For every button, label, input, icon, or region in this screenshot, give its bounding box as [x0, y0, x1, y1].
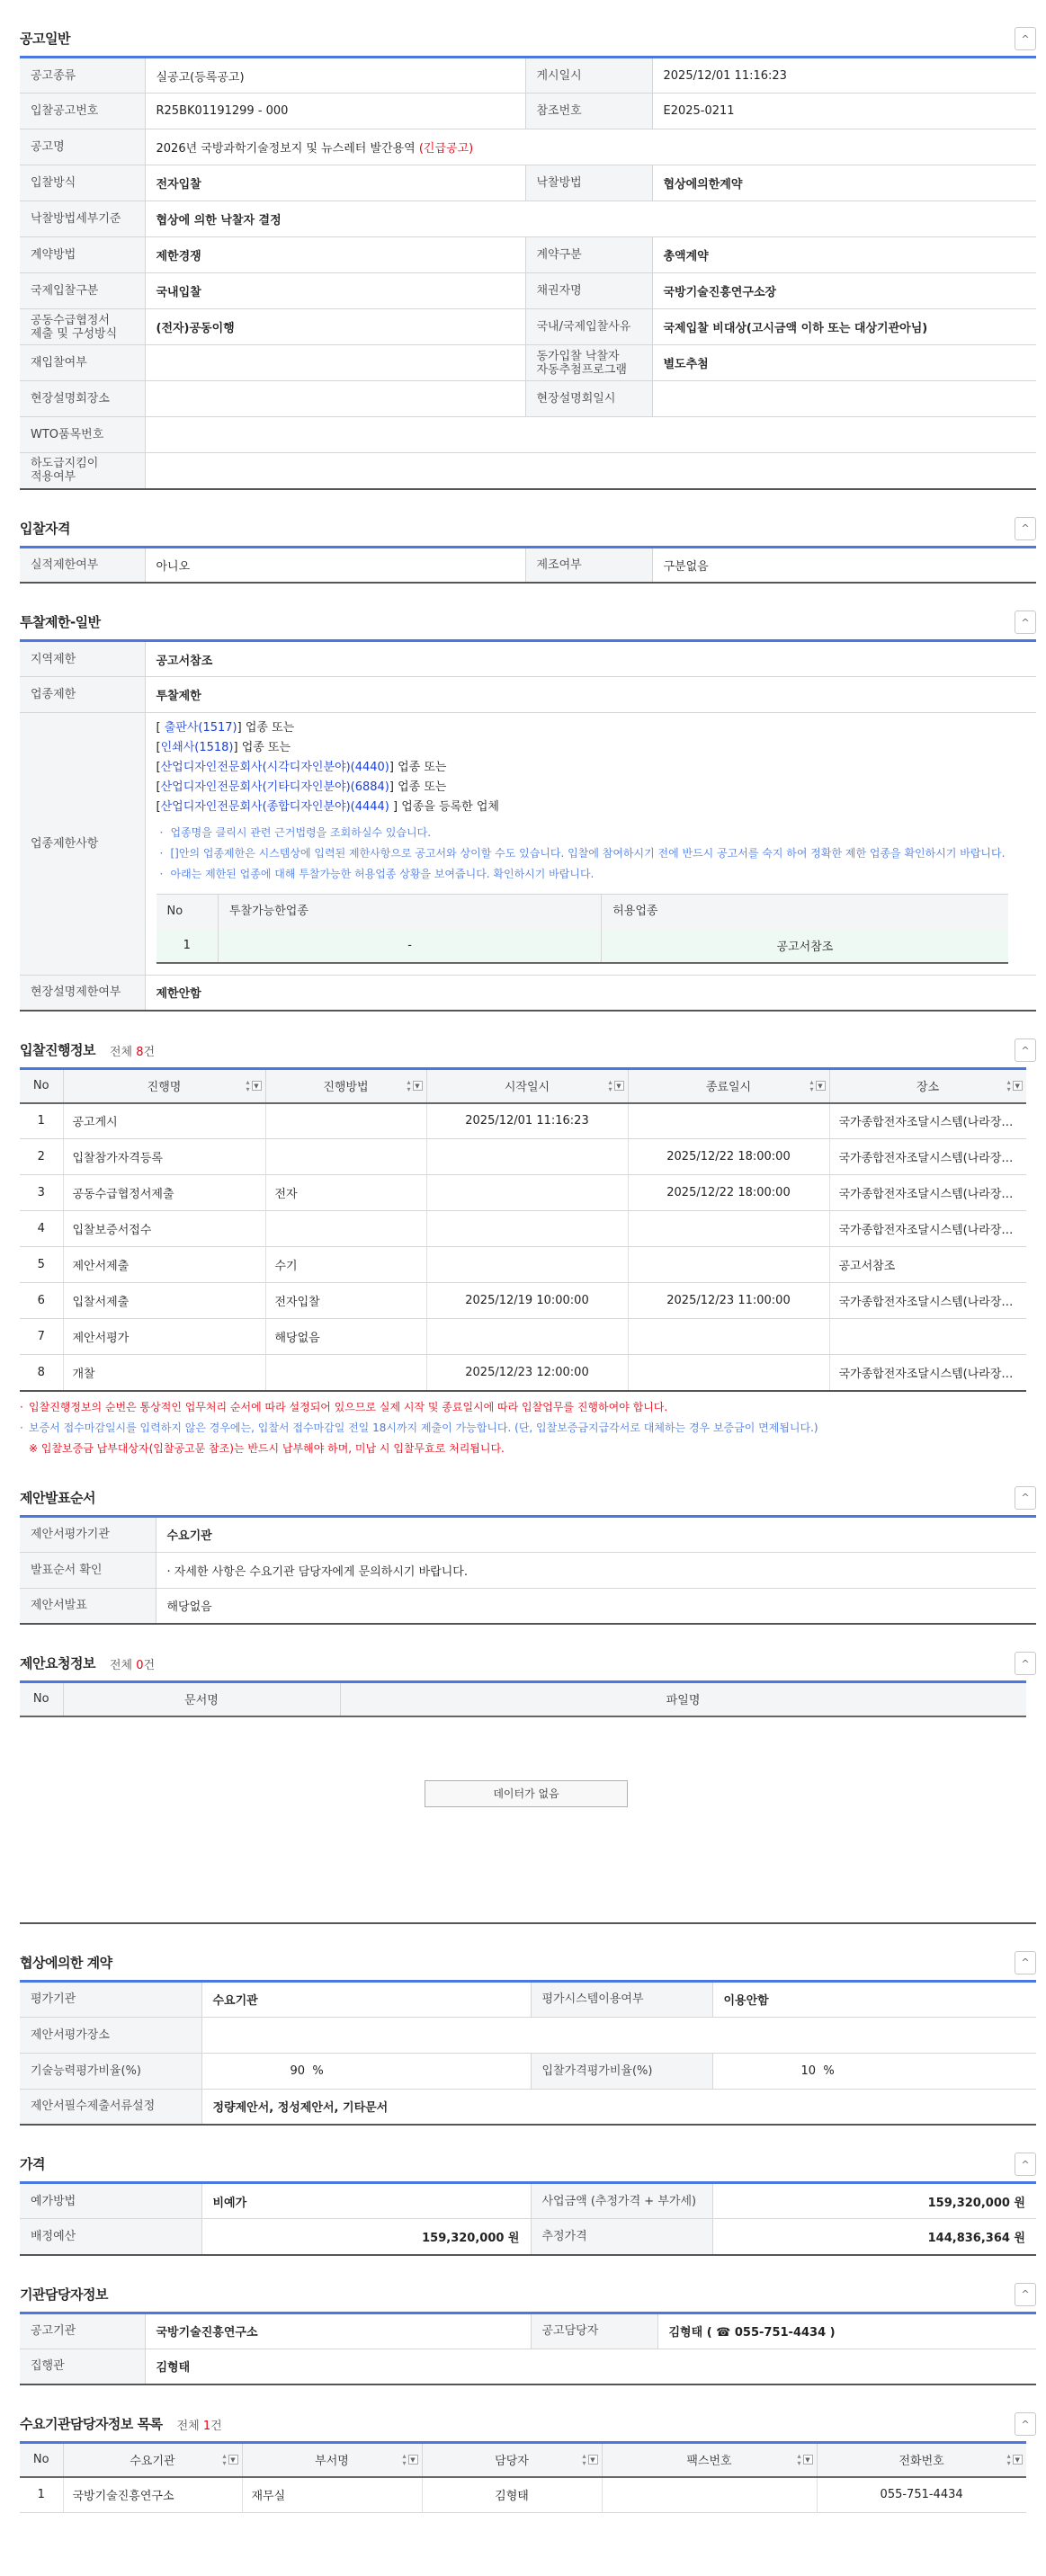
sort-icon[interactable]: ▴▾: [246, 1079, 249, 1093]
table-cell: 개찰: [63, 1355, 265, 1391]
collapse-button[interactable]: ^: [1015, 2153, 1036, 2176]
value-site-limit: 제한안함: [145, 975, 1036, 1011]
table-cell: 제안서제출: [63, 1247, 265, 1283]
section-restriction: 투찰제한-일반 ^ 지역제한 공고서참조 업종제한 투찰제한 업종제한사항 [ …: [20, 584, 1036, 1012]
label-site-limit: 현장설명제한여부: [20, 975, 145, 1011]
industry-code-line: [ 출판사(1517)] 업종 또는: [156, 718, 1026, 738]
table-cell: 1: [156, 929, 219, 963]
field-value: 실공고(등록공고): [145, 58, 525, 94]
table-cell: 3: [20, 1175, 63, 1211]
field-value: [652, 381, 1036, 417]
table-cell: 전자입찰: [265, 1283, 426, 1319]
field-label: 공고종류: [20, 58, 145, 94]
sort-controls[interactable]: ▴▾▼: [407, 1079, 422, 1093]
sort-icon[interactable]: ▴▾: [809, 1079, 813, 1093]
table-cell: 8: [20, 1355, 63, 1391]
section-price: 가격 ^ 예가방법 비예가 사업금액 (추정가격 + 부가세) 159,320,…: [20, 2126, 1036, 2256]
field-label: 국내/국제입찰사유: [525, 309, 652, 345]
demand-table: No수요기관▴▾▼부서명▴▾▼담당자▴▾▼팩스번호▴▾▼전화번호▴▾▼ 1국방기…: [20, 2441, 1026, 2513]
industry-code-link[interactable]: 산업디자인전문회사(기타디자인분야)(6884): [161, 780, 389, 794]
label-manager: 공고담당자: [531, 2313, 657, 2349]
section-title: 수요기관담당자정보 목록: [20, 2414, 163, 2433]
table-cell: [426, 1175, 628, 1211]
field-value: E2025-0211: [652, 94, 1036, 129]
field-label: 낙찰방법세부기준: [20, 201, 145, 237]
section-title: 입찰자격: [20, 519, 70, 538]
field-value: 국제입찰 비대상(고시금액 이하 또는 대상기관아님): [652, 309, 1036, 345]
label-industry-detail: 업종제한사항: [20, 713, 145, 976]
note-guarantee: 보증서 접수마감일시를 입력하지 않은 경우에는, 입찰서 접수마감일 전일 1…: [20, 1418, 1036, 1439]
sort-controls[interactable]: ▴▾▼: [246, 1079, 261, 1093]
chevron-up-icon: ^: [1021, 2288, 1029, 2300]
info-row: 현장설명회장소현장설명회일시: [20, 381, 1036, 417]
collapse-button[interactable]: ^: [1015, 1038, 1036, 1062]
table-cell: 4: [20, 1211, 63, 1247]
table-cell: 6: [20, 1283, 63, 1319]
section-negotiation: 협상에의한 계약 ^ 평가기관 수요기관 평가시스템이용여부 이용안함 제안서평…: [20, 1924, 1036, 2126]
label-eval-org: 제안서평가기관: [20, 1516, 156, 1552]
table-cell: 국가종합전자조달시스템(나라장터): [829, 1175, 1026, 1211]
info-row: 낙찰방법세부기준협상에 의한 낙찰자 결정: [20, 201, 1036, 237]
table-cell: [628, 1103, 829, 1139]
collapse-button[interactable]: ^: [1015, 611, 1036, 634]
label-eval-system: 평가시스템이용여부: [531, 1981, 712, 2017]
info-row: 입찰방식전자입찰낙찰방법협상에의한계약: [20, 165, 1036, 201]
chevron-up-icon: ^: [1021, 522, 1029, 534]
label-notice-org: 공고기관: [20, 2313, 145, 2349]
table-cell: 5: [20, 1247, 63, 1283]
col-doc-name: 문서명: [63, 1682, 340, 1716]
value-budget: 159,320,000 원: [201, 2219, 531, 2255]
field-value: [145, 453, 1036, 489]
field-label: 게시일시: [525, 58, 652, 94]
filter-dropdown-icon[interactable]: ▼: [252, 1081, 262, 1091]
sort-controls[interactable]: ▴▾▼: [1007, 1079, 1023, 1093]
table-cell: 2025/12/19 10:00:00: [426, 1283, 628, 1319]
column-header: 허용업종: [602, 895, 1008, 929]
section-title: 협상에의한 계약: [20, 1953, 112, 1972]
table-cell: 2025/12/01 11:16:23: [426, 1103, 628, 1139]
value-tech-ratio: 90 %: [201, 2053, 531, 2089]
table-cell: [602, 2477, 817, 2513]
field-label: 채권자명: [525, 273, 652, 309]
table-cell: [265, 1355, 426, 1391]
field-label: 현장설명회장소: [20, 381, 145, 417]
field-label: WTO품목번호: [20, 417, 145, 453]
general-table: 공고종류실공고(등록공고)게시일시2025/12/01 11:16:23입찰공고…: [20, 56, 1036, 490]
table-cell: 국가종합전자조달시스템(나라장터): [829, 1355, 1026, 1391]
filter-dropdown-icon[interactable]: ▼: [816, 1081, 826, 1091]
field-value: 2025/12/01 11:16:23: [652, 58, 1036, 94]
column-header: No: [20, 1069, 63, 1103]
table-row: 2입찰참가자격등록2025/12/22 18:00:00국가종합전자조달시스템(…: [20, 1139, 1026, 1175]
restriction-table: 지역제한 공고서참조 업종제한 투찰제한 업종제한사항 [ 출판사(1517)]…: [20, 639, 1036, 1012]
table-row: 5제안서제출수기공고서참조: [20, 1247, 1026, 1283]
table-cell: [265, 1139, 426, 1175]
table-cell: 입찰서제출: [63, 1283, 265, 1319]
column-header: 투찰가능한업종: [219, 895, 602, 929]
empty-area: 데이터가 없음: [20, 1717, 1036, 1924]
info-row: 공고종류실공고(등록공고)게시일시2025/12/01 11:16:23: [20, 58, 1036, 94]
note-order: 입찰진행정보의 순번은 통상적인 업무처리 순서에 따라 설정되어 있으므로 실…: [20, 1397, 1036, 1418]
value-price-method: 비예가: [201, 2183, 531, 2219]
sort-controls[interactable]: ▴▾▼: [582, 2453, 597, 2467]
section-presentation: 제안발표순서 ^ 제안서평가기관 수요기관 발표순서 확인 자세한 사항은 수요…: [20, 1459, 1036, 1626]
section-title: 공고일반: [20, 29, 70, 48]
section-title: 기관담당자정보: [20, 2285, 108, 2304]
table-cell: [829, 1319, 1026, 1355]
value-eval-place: [201, 2017, 1036, 2053]
filter-dropdown-icon[interactable]: ▼: [408, 2455, 418, 2465]
note-deposit: ※ 입찰보증금 납부대상자(입찰공고문 참조)는 반드시 납부해야 하며, 미납…: [20, 1439, 1036, 1459]
section-request: 제안요청정보 전체 0건 ^ No 문서명 파일명 데이터가 없음: [20, 1625, 1036, 1924]
label-estimated-price: 추정가격: [531, 2219, 712, 2255]
column-header[interactable]: 종료일시▴▾▼: [628, 1069, 829, 1103]
section-qualification: 입찰자격 ^ 실적제한여부 아니오 제조여부 구분없음: [20, 490, 1036, 584]
value-presentation: 해당없음: [156, 1588, 1036, 1624]
field-label: 공동수급협정서제출 및 구성방식: [20, 309, 145, 345]
collapse-button[interactable]: ^: [1015, 2283, 1036, 2306]
field-value: 협상에 의한 낙찰자 결정: [145, 201, 1036, 237]
sort-controls[interactable]: ▴▾▼: [222, 2453, 237, 2467]
request-table: No 문서명 파일명: [20, 1680, 1026, 1717]
industry-code-link[interactable]: 산업디자인전문회사(종합디자인분야)(4444): [161, 800, 393, 814]
urgent-badge: (긴급공고): [419, 142, 473, 156]
table-cell: [265, 1103, 426, 1139]
info-row: WTO품목번호: [20, 417, 1036, 453]
sort-icon[interactable]: ▴▾: [1007, 1079, 1011, 1093]
value-eval-org: 수요기관: [156, 1516, 1036, 1552]
filter-dropdown-icon[interactable]: ▼: [413, 1081, 423, 1091]
section-agency: 기관담당자정보 ^ 공고기관 국방기술진흥연구소 공고담당자 김형태 ( ☎ 0…: [20, 2256, 1036, 2386]
table-cell: 공고게시: [63, 1103, 265, 1139]
table-cell: 김형태: [422, 2477, 602, 2513]
restriction-note: 업종명을 클릭시 관련 근거법령을 조회하실수 있습니다.: [156, 823, 1026, 843]
table-cell: [426, 1139, 628, 1175]
field-label: 재입찰여부: [20, 345, 145, 381]
col-file-name: 파일명: [340, 1682, 1026, 1716]
industry-code-link[interactable]: 인쇄사(1518): [161, 741, 234, 754]
field-label: 현장설명회일시: [525, 381, 652, 417]
sort-icon[interactable]: ▴▾: [1007, 2453, 1011, 2467]
table-cell: 국가종합전자조달시스템(나라장터): [829, 1139, 1026, 1175]
field-label: 계약구분: [525, 237, 652, 273]
section-title: 투찰제한-일반: [20, 612, 101, 631]
table-row: 8개찰2025/12/23 12:00:00국가종합전자조달시스템(나라장터): [20, 1355, 1026, 1391]
filter-dropdown-icon[interactable]: ▼: [1013, 1081, 1023, 1091]
table-cell: 해당없음: [265, 1319, 426, 1355]
value-eval-org: 수요기관: [201, 1981, 531, 2017]
column-header[interactable]: 담당자▴▾▼: [422, 2443, 602, 2477]
table-cell: 1: [20, 1103, 63, 1139]
chevron-up-icon: ^: [1021, 1492, 1029, 1503]
label-required-docs: 제안서필수제출서류설정: [20, 2089, 201, 2125]
column-header: No: [20, 2443, 63, 2477]
section-demand: 수요기관담당자정보 목록 전체 1건 ^ No수요기관▴▾▼부서명▴▾▼담당자▴…: [20, 2385, 1036, 2576]
sort-icon[interactable]: ▴▾: [582, 2453, 586, 2467]
sort-icon[interactable]: ▴▾: [222, 2453, 226, 2467]
label-project-amount: 사업금액 (추정가격 + 부가세): [531, 2183, 712, 2219]
table-cell: [426, 1247, 628, 1283]
field-label: 동가입찰 낙찰자자동추첨프로그램: [525, 345, 652, 381]
qualification-table: 실적제한여부 아니오 제조여부 구분없음: [20, 546, 1036, 584]
value-manufacture: 구분없음: [652, 547, 1036, 583]
section-title: 입찰진행정보: [20, 1040, 95, 1059]
collapse-button[interactable]: ^: [1015, 2412, 1036, 2436]
progress-table: No진행명▴▾▼진행방법▴▾▼시작일시▴▾▼종료일시▴▾▼장소▴▾▼ 1공고게시…: [20, 1067, 1026, 1392]
info-row: 재입찰여부동가입찰 낙찰자자동추첨프로그램별도추첨: [20, 345, 1036, 381]
column-header[interactable]: 전화번호▴▾▼: [817, 2443, 1026, 2477]
total-count: 전체 1건: [177, 2416, 222, 2433]
table-cell: 국가종합전자조달시스템(나라장터): [829, 1211, 1026, 1247]
table-row: 7제안서평가해당없음: [20, 1319, 1026, 1355]
section-title: 가격: [20, 2154, 45, 2173]
table-row: 6입찰서제출전자입찰2025/12/19 10:00:002025/12/23 …: [20, 1283, 1026, 1319]
table-cell: 국방기술진흥연구소: [63, 2477, 242, 2513]
field-value: 협상에의한계약: [652, 165, 1036, 201]
label-presentation: 제안서발표: [20, 1588, 156, 1624]
value-industry: 투찰제한: [145, 677, 1036, 713]
filter-dropdown-icon[interactable]: ▼: [614, 1081, 624, 1091]
field-label: 입찰방식: [20, 165, 145, 201]
table-cell: 2025/12/23 11:00:00: [628, 1283, 829, 1319]
field-value: (전자)공동이행: [145, 309, 525, 345]
restriction-note: 아래는 제한된 업종에 대해 투찰가능한 허용업종 상황을 보여줍니다. 확인하…: [156, 864, 1026, 885]
table-cell: [265, 1211, 426, 1247]
collapse-button[interactable]: ^: [1015, 517, 1036, 540]
field-value: 전자입찰: [145, 165, 525, 201]
collapse-button[interactable]: ^: [1015, 27, 1036, 50]
field-value: 국방기술진흥연구소장: [652, 273, 1036, 309]
value-order-check: 자세한 사항은 수요기관 담당자에게 문의하시기 바랍니다.: [156, 1552, 1036, 1588]
chevron-up-icon: ^: [1021, 2419, 1029, 2430]
chevron-up-icon: ^: [1021, 617, 1029, 628]
allowed-industry-table: No투찰가능한업종허용업종 1-공고서참조: [156, 894, 1008, 964]
table-cell: 수기: [265, 1247, 426, 1283]
filter-dropdown-icon[interactable]: ▼: [1013, 2455, 1023, 2465]
info-row: 계약방법제한경쟁계약구분총액계약: [20, 237, 1036, 273]
table-cell: [628, 1247, 829, 1283]
table-cell: 전자: [265, 1175, 426, 1211]
table-cell: 055-751-4434: [817, 2477, 1026, 2513]
label-performance-limit: 실적제한여부: [20, 547, 145, 583]
section-title: 제안요청정보: [20, 1653, 95, 1672]
value-region: 공고서참조: [145, 641, 1036, 677]
agency-table: 공고기관 국방기술진흥연구소 공고담당자 김형태 ( ☎ 055-751-443…: [20, 2312, 1036, 2386]
sort-icon[interactable]: ▴▾: [608, 1079, 612, 1093]
field-label: 국제입찰구분: [20, 273, 145, 309]
sort-icon[interactable]: ▴▾: [797, 2453, 800, 2467]
column-header[interactable]: 팩스번호▴▾▼: [602, 2443, 817, 2477]
label-eval-place: 제안서평가장소: [20, 2017, 201, 2053]
table-cell: 입찰보증서접수: [63, 1211, 265, 1247]
chevron-up-icon: ^: [1021, 1045, 1029, 1056]
field-label: 하도급지킴이적용여부: [20, 453, 145, 489]
info-row: 입찰공고번호R25BK01191299 - 000참조번호E2025-0211: [20, 94, 1036, 129]
field-value: [145, 417, 1036, 453]
industry-code-line: [산업디자인전문회사(종합디자인분야)(4444) ] 업종을 등록한 업체: [156, 798, 1026, 817]
field-value: 2026년 국방과학기술정보지 및 뉴스레터 발간용역 (긴급공고): [145, 129, 1036, 165]
value-project-amount: 159,320,000 원: [712, 2183, 1036, 2219]
collapse-button[interactable]: ^: [1015, 1951, 1036, 1974]
table-cell: 공동수급협정서제출: [63, 1175, 265, 1211]
table-cell: 재무실: [242, 2477, 422, 2513]
field-value: 국내입찰: [145, 273, 525, 309]
presentation-table: 제안서평가기관 수요기관 발표순서 확인 자세한 사항은 수요기관 담당자에게 …: [20, 1515, 1036, 1626]
table-cell: 2: [20, 1139, 63, 1175]
label-price-method: 예가방법: [20, 2183, 201, 2219]
restriction-notes: 업종명을 클릭시 관련 근거법령을 조회하실수 있습니다.[]안의 업종제한은 …: [156, 823, 1026, 885]
chevron-up-icon: ^: [1021, 2159, 1029, 2170]
price-table: 예가방법 비예가 사업금액 (추정가격 + 부가세) 159,320,000 원…: [20, 2181, 1036, 2256]
table-cell: 공고서참조: [829, 1247, 1026, 1283]
chevron-up-icon: ^: [1021, 1957, 1029, 1968]
sort-controls[interactable]: ▴▾▼: [1007, 2453, 1023, 2467]
column-header[interactable]: 진행명▴▾▼: [63, 1069, 265, 1103]
table-cell: 1: [20, 2477, 63, 2513]
chevron-up-icon: ^: [1021, 1658, 1029, 1670]
value-estimated-price: 144,836,364 원: [712, 2219, 1036, 2255]
field-value: 별도추첨: [652, 345, 1036, 381]
sort-icon[interactable]: ▴▾: [402, 2453, 406, 2467]
value-manager: 김형태 ( ☎ 055-751-4434 ): [657, 2313, 1036, 2349]
table-row: 1-공고서참조: [156, 929, 1008, 963]
field-label: 참조번호: [525, 94, 652, 129]
table-row: 1국방기술진흥연구소재무실김형태055-751-4434: [20, 2477, 1026, 2513]
value-executor: 김형태: [145, 2349, 1036, 2384]
column-header[interactable]: 시작일시▴▾▼: [426, 1069, 628, 1103]
industry-code-link[interactable]: 출판사(1517): [165, 721, 237, 735]
label-manufacture: 제조여부: [525, 547, 652, 583]
table-cell: 7: [20, 1319, 63, 1355]
table-row: 3공동수급협정서제출전자2025/12/22 18:00:00국가종합전자조달시…: [20, 1175, 1026, 1211]
collapse-button[interactable]: ^: [1015, 1652, 1036, 1675]
negotiation-table: 평가기관 수요기관 평가시스템이용여부 이용안함 제안서평가장소 기술능력평가비…: [20, 1980, 1036, 2126]
sort-controls[interactable]: ▴▾▼: [402, 2453, 417, 2467]
table-cell: 2025/12/23 12:00:00: [426, 1355, 628, 1391]
value-price-ratio: 10 %: [712, 2053, 1036, 2089]
section-title: 제안발표순서: [20, 1488, 95, 1507]
value-eval-system: 이용안함: [712, 1981, 1036, 2017]
table-cell: [628, 1211, 829, 1247]
label-order-check: 발표순서 확인: [20, 1552, 156, 1588]
col-no: No: [20, 1682, 63, 1716]
column-header[interactable]: 진행방법▴▾▼: [265, 1069, 426, 1103]
industry-code-link[interactable]: 산업디자인전문회사(시각디자인분야)(4440): [161, 761, 389, 774]
industry-code-line: [산업디자인전문회사(시각디자인분야)(4440)] 업종 또는: [156, 758, 1026, 778]
field-label: 계약방법: [20, 237, 145, 273]
table-row: 4입찰보증서접수국가종합전자조달시스템(나라장터): [20, 1211, 1026, 1247]
field-value: 제한경쟁: [145, 237, 525, 273]
table-cell: 입찰참가자격등록: [63, 1139, 265, 1175]
industry-detail: [ 출판사(1517)] 업종 또는[인쇄사(1518)] 업종 또는[산업디자…: [145, 713, 1036, 976]
label-price-ratio: 입찰가격평가비율(%): [531, 2053, 712, 2089]
info-row: 하도급지킴이적용여부: [20, 453, 1036, 489]
industry-code-line: [인쇄사(1518)] 업종 또는: [156, 738, 1026, 758]
column-header[interactable]: 장소▴▾▼: [829, 1069, 1026, 1103]
value-required-docs: 정량제안서, 정성제안서, 기타문서: [201, 2089, 1036, 2125]
field-value: [145, 381, 525, 417]
total-count: 전체 8건: [110, 1042, 155, 1059]
table-cell: 2025/12/22 18:00:00: [628, 1175, 829, 1211]
filter-dropdown-icon[interactable]: ▼: [228, 2455, 238, 2465]
label-region: 지역제한: [20, 641, 145, 677]
section-progress: 입찰진행정보 전체 8건 ^ No진행명▴▾▼진행방법▴▾▼시작일시▴▾▼종료일…: [20, 1012, 1036, 1459]
sort-controls[interactable]: ▴▾▼: [608, 1079, 623, 1093]
table-cell: [628, 1355, 829, 1391]
info-row: 공고명2026년 국방과학기술정보지 및 뉴스레터 발간용역 (긴급공고): [20, 129, 1036, 165]
sort-icon[interactable]: ▴▾: [407, 1079, 410, 1093]
sort-controls[interactable]: ▴▾▼: [809, 1079, 825, 1093]
sort-controls[interactable]: ▴▾▼: [797, 2453, 812, 2467]
value-notice-org: 국방기술진흥연구소: [145, 2313, 531, 2349]
info-row: 공동수급협정서제출 및 구성방식(전자)공동이행국내/국제입찰사유국제입찰 비대…: [20, 309, 1036, 345]
restriction-note: []안의 업종제한은 시스템상에 입력된 제한사항으로 공고서와 상이할 수도 …: [156, 843, 1026, 864]
field-label: 공고명: [20, 129, 145, 165]
table-cell: 제안서평가: [63, 1319, 265, 1355]
table-cell: 공고서참조: [602, 929, 1008, 963]
field-value: [145, 345, 525, 381]
value-performance-limit: 아니오: [145, 547, 525, 583]
label-budget: 배정예산: [20, 2219, 201, 2255]
field-value: R25BK01191299 - 000: [145, 94, 525, 129]
table-cell: 국가종합전자조달시스템(나라장터): [829, 1103, 1026, 1139]
table-cell: [628, 1319, 829, 1355]
table-cell: 국가종합전자조달시스템(나라장터): [829, 1283, 1026, 1319]
label-tech-ratio: 기술능력평가비율(%): [20, 2053, 201, 2089]
industry-code-line: [산업디자인전문회사(기타디자인분야)(6884)] 업종 또는: [156, 778, 1026, 798]
info-row: 국제입찰구분국내입찰채권자명국방기술진흥연구소장: [20, 273, 1036, 309]
filter-dropdown-icon[interactable]: ▼: [803, 2455, 813, 2465]
column-header[interactable]: 부서명▴▾▼: [242, 2443, 422, 2477]
field-label: 입찰공고번호: [20, 94, 145, 129]
label-industry: 업종제한: [20, 677, 145, 713]
label-executor: 집행관: [20, 2349, 145, 2384]
collapse-button[interactable]: ^: [1015, 1486, 1036, 1510]
table-cell: 2025/12/22 18:00:00: [628, 1139, 829, 1175]
field-label: 낙찰방법: [525, 165, 652, 201]
section-general: 공고일반 ^ 공고종류실공고(등록공고)게시일시2025/12/01 11:16…: [20, 0, 1036, 490]
industry-code-list: [ 출판사(1517)] 업종 또는[인쇄사(1518)] 업종 또는[산업디자…: [156, 718, 1026, 817]
table-cell: [426, 1211, 628, 1247]
column-header[interactable]: 수요기관▴▾▼: [63, 2443, 242, 2477]
total-count: 전체 0건: [110, 1655, 155, 1672]
no-data-message: 데이터가 없음: [425, 1780, 628, 1807]
progress-notes: 입찰진행정보의 순번은 통상적인 업무처리 순서에 따라 설정되어 있으므로 실…: [20, 1392, 1036, 1459]
table-cell: [426, 1319, 628, 1355]
column-header: No: [156, 895, 219, 929]
field-value: 총액계약: [652, 237, 1036, 273]
table-row: 1공고게시2025/12/01 11:16:23국가종합전자조달시스템(나라장터…: [20, 1103, 1026, 1139]
label-eval-org: 평가기관: [20, 1981, 201, 2017]
filter-dropdown-icon[interactable]: ▼: [588, 2455, 598, 2465]
chevron-up-icon: ^: [1021, 33, 1029, 45]
table-cell: -: [219, 929, 602, 963]
